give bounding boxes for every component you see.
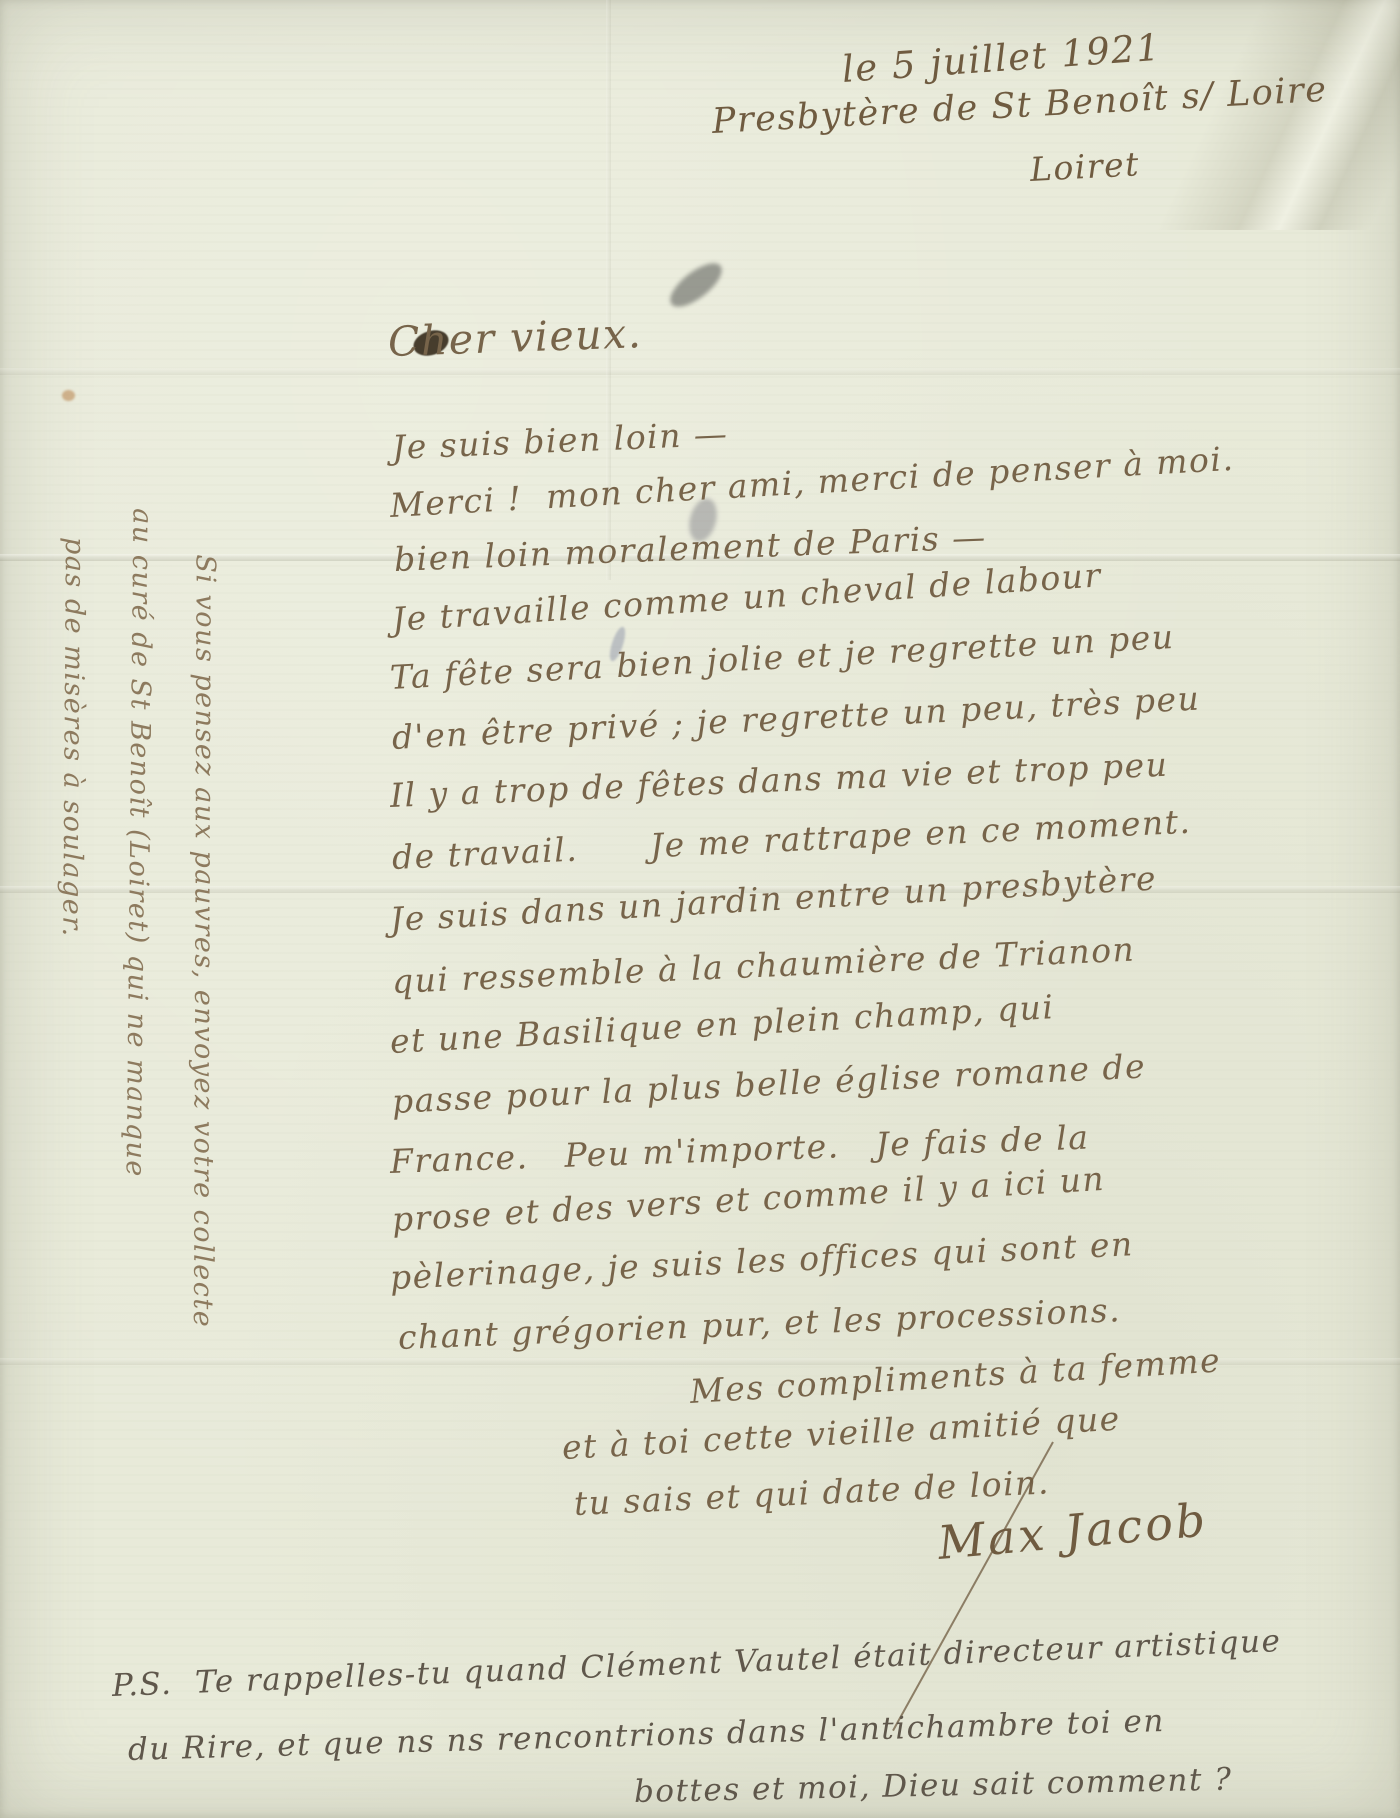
body-line: et une Basilique en plein champ, qui <box>389 987 1055 1061</box>
margin-note-line: Si vous pensez aux pauvres, envoyez votr… <box>169 469 238 1333</box>
body-line: Il y a trop de fêtes dans ma vie et trop… <box>389 745 1169 815</box>
body-line: chant grégorien pur, et les processions. <box>397 1290 1121 1357</box>
closing-line: et à toi cette vieille amitié que <box>561 1399 1122 1467</box>
salutation: Cher vieux. <box>387 309 643 366</box>
margin-note-line: pas de misères à soulager. <box>35 467 107 1331</box>
address-line-1: Presbytère de St Benoît s/ Loire <box>711 70 1328 142</box>
closing-line: Mes compliments à ta femme <box>689 1340 1222 1410</box>
letter-page: le 5 juillet 1921 Presbytère de St Benoî… <box>0 0 1400 1818</box>
postscript-line: P.S. Te rappelles-tu quand Clément Vaute… <box>111 1623 1282 1704</box>
body-line: passe pour la plus belle église romane d… <box>391 1046 1147 1121</box>
margin-note: Si vous pensez aux pauvres, envoyez votr… <box>38 470 250 1340</box>
margin-note-line: au curé de St Benoît (Loiret) qui ne man… <box>100 468 175 1333</box>
body-line: pèlerinage, je suis les offices qui sont… <box>389 1224 1134 1297</box>
postscript-line: bottes et moi, Dieu sait comment ? <box>634 1761 1233 1810</box>
ink-smudge <box>664 256 729 315</box>
fold-crease <box>0 368 1400 375</box>
address-line-2: Loiret <box>1029 144 1141 189</box>
rust-spot <box>62 390 75 401</box>
body-line: Je suis bien loin — <box>391 414 729 467</box>
postscript-line: du Rire, et que ns ns rencontrions dans … <box>127 1703 1165 1768</box>
